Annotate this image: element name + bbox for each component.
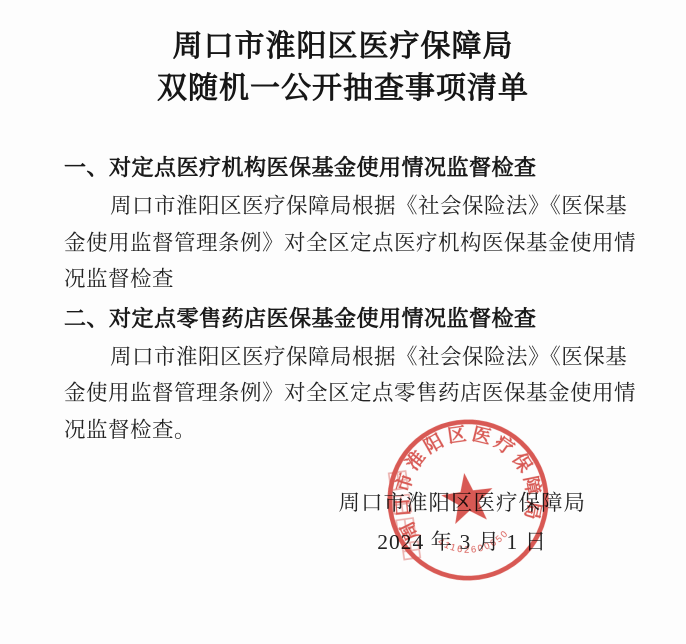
section-2-heading: 二、对定点零售药店医保基金使用情况监督检查 <box>64 303 628 335</box>
paragraph-line: 金使用监督管理条例》对全区定点零售药店医保基金使用情 <box>64 375 628 412</box>
paragraph-line: 周口市淮阳区医疗保障局根据《社会保险法》《医保基 <box>64 188 628 225</box>
document-body: 一、对定点医疗机构医保基金使用情况监督检查 周口市淮阳区医疗保障局根据《社会保险… <box>64 152 628 448</box>
paragraph-line: 况监督检查 <box>64 261 628 298</box>
document-title: 周口市淮阳区医疗保障局 双随机一公开抽查事项清单 <box>0 0 686 110</box>
signature-issuer: 周口市淮阳区医疗保障局 <box>338 484 586 523</box>
paragraph-line: 周口市淮阳区医疗保障局根据《社会保险法》《医保基 <box>64 339 628 376</box>
signature-block: 周口市淮阳区医疗保障局 2024 年 3 月 1 日 <box>338 484 586 562</box>
title-line-2: 双随机一公开抽查事项清单 <box>0 68 686 110</box>
paragraph-line: 况监督检查。 <box>64 412 628 449</box>
section-1-paragraph: 周口市淮阳区医疗保障局根据《社会保险法》《医保基 金使用监督管理条例》对全区定点… <box>64 188 628 298</box>
signature-date: 2024 年 3 月 1 日 <box>338 523 586 562</box>
section-1-heading: 一、对定点医疗机构医保基金使用情况监督检查 <box>64 152 628 184</box>
document-page: 周口市淮阳区医疗保障局 双随机一公开抽查事项清单 一、对定点医疗机构医保基金使用… <box>0 0 686 644</box>
title-line-1: 周口市淮阳区医疗保障局 <box>0 26 686 68</box>
paragraph-line: 金使用监督管理条例》对全区定点医疗机构医保基金使用情 <box>64 225 628 262</box>
section-2-paragraph: 周口市淮阳区医疗保障局根据《社会保险法》《医保基 金使用监督管理条例》对全区定点… <box>64 339 628 449</box>
